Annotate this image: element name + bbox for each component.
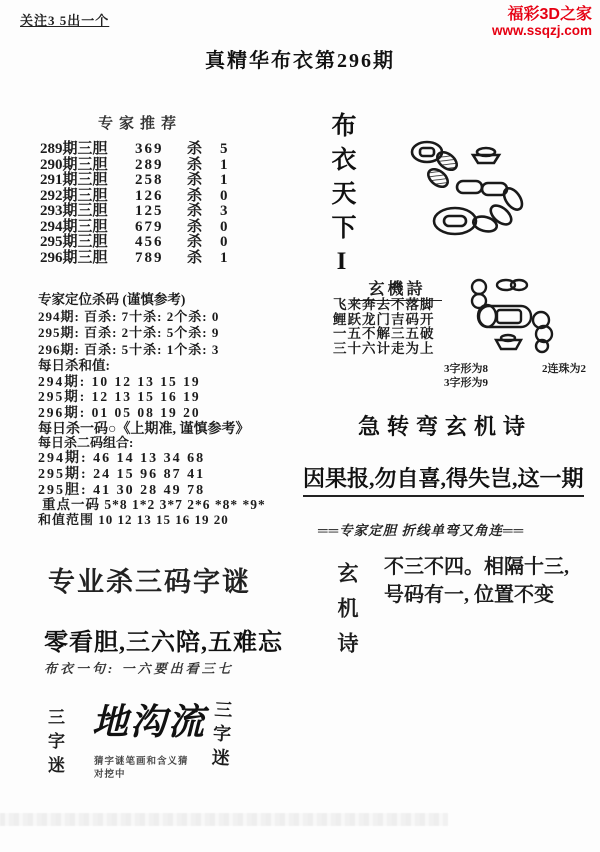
poem-line: 一五不解三五破 <box>333 327 435 342</box>
three-char-caption: 猜字谜笔画和含义猜 对挖中 <box>94 756 189 782</box>
table-row: 295期三胆456杀0 <box>40 235 238 251</box>
daily-kill-sum-line: 295期: 12 13 15 16 19 <box>38 389 201 405</box>
row-kill-label: 杀 <box>187 251 220 267</box>
kill-position-line: 296期: 百杀: 5十杀: 1个杀: 3 <box>38 342 219 359</box>
row-tri: 679 <box>135 220 187 236</box>
row-kill-label: 杀 <box>187 235 220 251</box>
kill-position-heading: 专家定位杀码 (谨慎参考) <box>38 292 219 309</box>
row-kill-val: 1 <box>220 158 238 174</box>
table-row: 289期三胆369杀5 <box>40 142 238 158</box>
row-tri: 258 <box>135 173 187 189</box>
riddle-line: 零看胆,三六陪,五难忘 <box>44 622 283 657</box>
row-kill-val: 3 <box>220 204 238 220</box>
expert-dan-line: ══专家定胆 折线单弯又角连══ <box>318 519 524 539</box>
page-title: 真精华布衣第296期 <box>0 44 600 73</box>
mystery-poem-vertical-label: 玄机诗 <box>332 562 362 667</box>
daily-kill-two-line: 295期: 24 15 96 87 41 <box>38 467 205 483</box>
row-issue: 293期三胆 <box>40 204 135 220</box>
doodle-caption: 3字形为9 <box>444 374 488 390</box>
riddle-title: 专业杀三码字谜 <box>48 560 251 599</box>
row-tri: 456 <box>135 235 187 251</box>
xuanji-doodle-sketch <box>465 276 567 358</box>
kill-position-line: 295期: 百杀: 2十杀: 5个杀: 9 <box>38 325 219 342</box>
row-issue: 296期三胆 <box>40 251 135 267</box>
row-kill-label: 杀 <box>187 220 220 236</box>
row-issue: 289期三胆 <box>40 142 135 158</box>
daily-kill-two-line: 294期: 46 14 13 34 68 <box>38 451 205 467</box>
doodle-caption: 2连珠为2 <box>542 360 586 376</box>
row-kill-val: 0 <box>220 189 238 205</box>
mystery-poem-line: 不三不四。相隔十三, <box>384 550 569 579</box>
row-issue: 295期三胆 <box>40 235 135 251</box>
three-char-label-right: 三字迷 <box>206 699 236 772</box>
daily-kill-sum-block: 每日杀和值: 294期: 10 12 13 15 19 295期: 12 13 … <box>38 358 201 420</box>
poem-line: 三十六计走为上 <box>333 342 435 357</box>
site-url: www.ssqzj.com <box>492 24 592 39</box>
row-tri: 289 <box>135 158 187 174</box>
caption-line: 猜字谜笔画和含义猜 <box>94 756 189 769</box>
site-name: 福彩3D之家 <box>492 6 592 24</box>
row-issue: 292期三胆 <box>40 189 135 205</box>
focus-slogan: 关注3 5出一个 <box>20 10 109 29</box>
daily-kill-two-heading: 每日杀二码组合: <box>38 435 205 451</box>
recommend-table: 289期三胆369杀5 290期三胆289杀1 291期三胆258杀1 292期… <box>40 142 238 266</box>
table-row: 292期三胆126杀0 <box>40 189 238 205</box>
row-kill-val: 1 <box>220 251 238 267</box>
table-row: 293期三胆125杀3 <box>40 204 238 220</box>
row-kill-val: 5 <box>220 142 238 158</box>
row-tri: 125 <box>135 204 187 220</box>
row-issue: 290期三胆 <box>40 158 135 174</box>
row-kill-label: 杀 <box>187 158 220 174</box>
row-tri: 789 <box>135 251 187 267</box>
recommend-heading: 专家推荐 <box>98 112 182 133</box>
buyi-doodle-sketch <box>393 123 573 241</box>
row-kill-label: 杀 <box>187 173 220 189</box>
poem-line: 鲤跃龙门吉码开 <box>333 313 435 328</box>
table-row: 296期三胆789杀1 <box>40 251 238 267</box>
row-kill-val: 0 <box>220 220 238 236</box>
daily-kill-sum-line: 294期: 10 12 13 15 19 <box>38 374 201 390</box>
xuanji-poem: 飞来奔去不落脚 鲤跃龙门吉码开 一五不解三五破 三十六计走为上 <box>333 298 435 356</box>
row-kill-val: 1 <box>220 173 238 189</box>
row-tri: 126 <box>135 189 187 205</box>
row-issue: 291期三胆 <box>40 173 135 189</box>
three-char-label-left: 三字迷 <box>42 708 67 780</box>
daily-kill-sum-heading: 每日杀和值: <box>38 358 201 374</box>
three-char-riddle: 地沟流 <box>92 694 206 745</box>
row-tri: 369 <box>135 142 187 158</box>
row-kill-label: 杀 <box>187 189 220 205</box>
row-issue: 294期三胆 <box>40 220 135 236</box>
site-watermark: 福彩3D之家 www.ssqzj.com <box>492 6 592 38</box>
lottery-chart-page: 关注3 5出一个 福彩3D之家 www.ssqzj.com 真精华布衣第296期… <box>0 0 600 852</box>
row-kill-val: 0 <box>220 235 238 251</box>
poem-line: 飞来奔去不落脚 <box>333 298 435 313</box>
mystery-poem-line: 号码有一, 位置不变 <box>384 578 554 607</box>
daily-kill-two-block: 每日杀二码组合: 294期: 46 14 13 34 68 295期: 24 1… <box>38 435 205 499</box>
sharp-turn-line: 因果报,勿自喜,得失岂,这一期 <box>303 462 584 497</box>
row-kill-label: 杀 <box>187 142 220 158</box>
caption-line: 对挖中 <box>94 769 189 782</box>
sharp-turn-title: 急转弯玄机诗 <box>358 410 532 441</box>
kill-position-block: 专家定位杀码 (谨慎参考) 294期: 百杀: 7十杀: 2个杀: 0 295期… <box>38 292 219 358</box>
table-row: 290期三胆289杀1 <box>40 158 238 174</box>
table-row: 291期三胆258杀1 <box>40 173 238 189</box>
row-kill-label: 杀 <box>187 204 220 220</box>
riddle-note: 布衣一句: 一六要出看三七 <box>44 658 234 677</box>
buyi-tianxia-title: 布衣天下I <box>323 112 359 284</box>
table-row: 294期三胆679杀0 <box>40 220 238 236</box>
footer-watermark <box>0 813 448 826</box>
kill-position-line: 294期: 百杀: 7十杀: 2个杀: 0 <box>38 309 219 326</box>
sum-range-line: 和值范围 10 12 13 15 16 19 20 <box>38 509 229 528</box>
